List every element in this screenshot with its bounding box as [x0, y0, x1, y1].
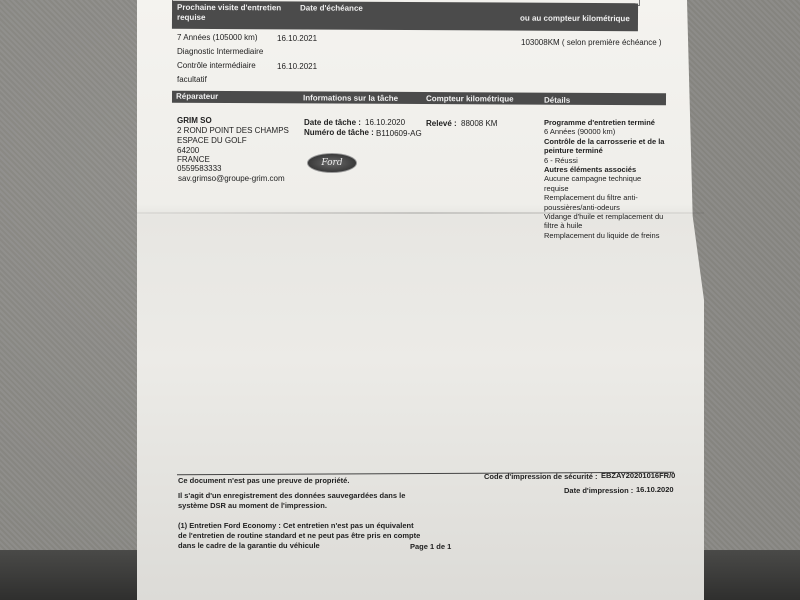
not-proof-note: Ce document n'est pas une preuve de prop…	[178, 476, 349, 486]
repairer-email: sav.grimso@groupe-grim.com	[178, 174, 285, 184]
next-service-header: Prochaine visite d'entretien requise Dat…	[172, 1, 638, 31]
header-next-visit: Prochaine visite d'entretien requise	[177, 3, 302, 24]
page-number: Page 1 de 1	[410, 542, 451, 552]
detail-line: Contrôle de la carrosserie et de la	[544, 137, 694, 146]
security-code-value: EBZAY20201016FR/0	[601, 471, 675, 481]
record-note-line: Il s'agit d'un enregistrement des donnée…	[178, 491, 405, 501]
header-due-date: Date d'échéance	[300, 3, 363, 13]
header-repairer: Réparateur	[176, 92, 218, 102]
task-date-value: 16.10.2020	[365, 118, 405, 128]
next-service-item: Contrôle intermédiaire	[177, 61, 256, 71]
detail-line: requise	[544, 184, 694, 193]
odometer-value: 88008 KM	[461, 119, 497, 129]
repairer-name: GRIM SO	[177, 116, 212, 126]
service-record-header: Réparateur Informations sur la tâche Com…	[172, 91, 666, 106]
economy-note-line: de l'entretien de routine standard et ne…	[178, 531, 420, 541]
header-odometer-due: ou au compteur kilométrique	[520, 14, 630, 25]
repairer-address-line: ESPACE DU GOLF	[177, 136, 247, 146]
next-service-item: facultatif	[177, 75, 207, 85]
next-service-item: 7 Années (105000 km)	[177, 33, 258, 43]
repairer-address-line: 2 ROND POINT DES CHAMPS	[177, 126, 289, 136]
detail-line: Remplacement du filtre anti-	[544, 193, 694, 202]
odometer-label: Relevé :	[426, 119, 457, 129]
task-number-value: B110609-AG	[376, 129, 422, 139]
detail-line: Remplacement du liquide de freins	[544, 231, 694, 240]
header-task-info: Informations sur la tâche	[303, 93, 398, 103]
detail-line: Autres éléments associés	[544, 165, 694, 174]
next-service-odometer: 103008KM ( selon première échéance )	[521, 38, 662, 48]
detail-line: peinture terminé	[544, 146, 694, 155]
repairer-phone: 0559583333	[177, 164, 222, 174]
print-date-label: Date d'impression :	[564, 486, 633, 496]
detail-line: poussières/anti-odeurs	[544, 203, 694, 212]
task-number-label: Numéro de tâche :	[304, 128, 374, 138]
record-note-line: système DSR au moment de l'impression.	[178, 501, 327, 511]
detail-line: 6 Années (90000 km)	[544, 127, 694, 136]
economy-note-line: (1) Entretien Ford Economy : Cet entreti…	[178, 521, 414, 531]
header-odometer: Compteur kilométrique	[426, 94, 514, 104]
details-list: Programme d'entretien terminé6 Années (9…	[544, 118, 694, 240]
header-details: Détails	[544, 96, 570, 106]
task-date-label: Date de tâche :	[304, 118, 361, 128]
next-service-date: 16.10.2021	[277, 62, 317, 72]
detail-line: Aucune campagne technique	[544, 174, 694, 183]
detail-line: Programme d'entretien terminé	[544, 118, 694, 127]
next-service-date: 16.10.2021	[277, 34, 317, 44]
detail-line: filtre à huile	[544, 221, 694, 230]
detail-line: 6 - Réussi	[544, 156, 694, 165]
economy-note-line: dans le cadre de la garantie du véhicule	[178, 541, 320, 551]
next-service-item: Diagnostic Intermediaire	[177, 47, 263, 57]
ford-logo-icon: Ford	[307, 153, 357, 173]
detail-line: Vidange d'huile et remplacement du	[544, 212, 694, 221]
print-date-value: 16.10.2020	[636, 485, 674, 495]
security-code-label: Code d'impression de sécurité :	[484, 472, 597, 482]
